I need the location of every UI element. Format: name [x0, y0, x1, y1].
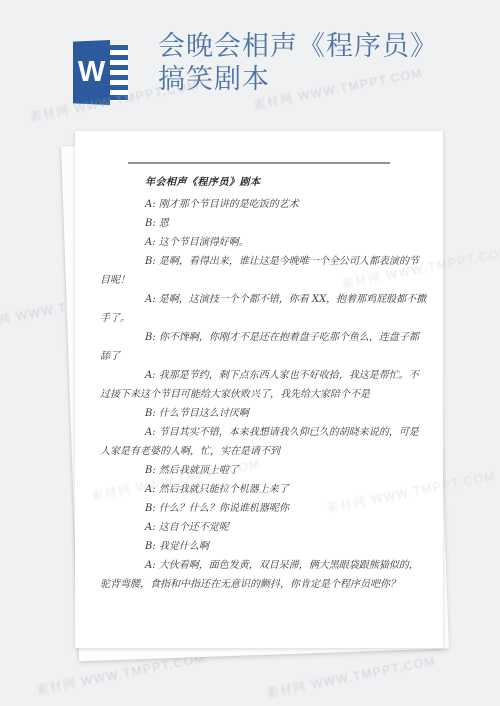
script-line: 目呢！ [100, 271, 430, 290]
script-line: A: 节目其实不错，本来我想请我久仰已久的胡晓来说的，可是 [100, 423, 430, 442]
document-title[interactable]: 会晚会相声《程序员》 搞笑剧本 [158, 30, 488, 96]
paper-sheet-main: 年会相声《程序员》剧本A: 刚才那个节目讲的是吃饭的艺术B: 恩A: 这个节目演… [75, 131, 443, 648]
word-document-icon: W [73, 40, 128, 105]
script-line: B: 是啊，看得出来，谁让这是今晚唯一个全公司人都表演的节 [100, 252, 430, 271]
watermark: 素材网 WWW.TMPPT.COM [265, 652, 437, 702]
document-preview-card[interactable]: { "header": { "title_line1": "会晚会相声《程序员》… [0, 0, 500, 706]
script-line: 驼背弯腰，食指和中指还在无意识的颤抖，你肯定是个程序员吧你？ [100, 575, 430, 594]
document-title-line1: 会晚会相声《程序员》 [158, 30, 488, 63]
script-line: B: 什么？什么？你说谁机器呢你 [100, 499, 430, 518]
script-line: 人家是有老婆的人啊，忙，实在是请不到 [100, 442, 430, 461]
document-lines: 年会相声《程序员》剧本A: 刚才那个节目讲的是吃饭的艺术B: 恩A: 这个节目演… [100, 173, 430, 594]
script-line: B: 什么节目这么讨厌啊 [100, 404, 430, 423]
script-line: A: 大伙看啊，面色发黄，双目呆滞，俩大黑眼袋跟熊猫似的， [100, 556, 430, 575]
script-line: A: 我那是节约，剩下点东西人家也不好收拾，我这是帮忙。不 [100, 366, 430, 385]
horizontal-rule [128, 162, 390, 164]
script-line: B: 恩 [100, 214, 430, 233]
script-line: A: 这自个还不觉呢 [100, 518, 430, 537]
script-line: B: 你不馋啊，你刚才不是还在抱着盘子吃那个鱼么，连盘子都 [100, 328, 430, 347]
script-line: A: 是啊，这演技一个个都不错，你看 XX，抱着那鸡屁股都不撒 [100, 290, 430, 309]
script-line: 手了。 [100, 309, 430, 328]
script-line: A: 然后我就只能拉个机器上来了 [100, 480, 430, 499]
script-line: B: 然后我就顶上啦了 [100, 461, 430, 480]
script-line: 舔了 [100, 347, 430, 366]
script-line: A: 这个节目演得好啊。 [100, 233, 430, 252]
document-title-line2: 搞笑剧本 [158, 63, 488, 96]
word-icon-letter: W [73, 40, 110, 105]
document-header-link[interactable]: W 会晚会相声《程序员》 搞笑剧本 [0, 0, 500, 125]
script-line: A: 刚才那个节目讲的是吃饭的艺术 [100, 195, 430, 214]
document-heading: 年会相声《程序员》剧本 [100, 173, 430, 192]
script-line: 过接下来这个节目可能给大家伙败兴了，我先给大家陪个不是 [100, 385, 430, 404]
script-line: B: 我觉什么啊 [100, 537, 430, 556]
